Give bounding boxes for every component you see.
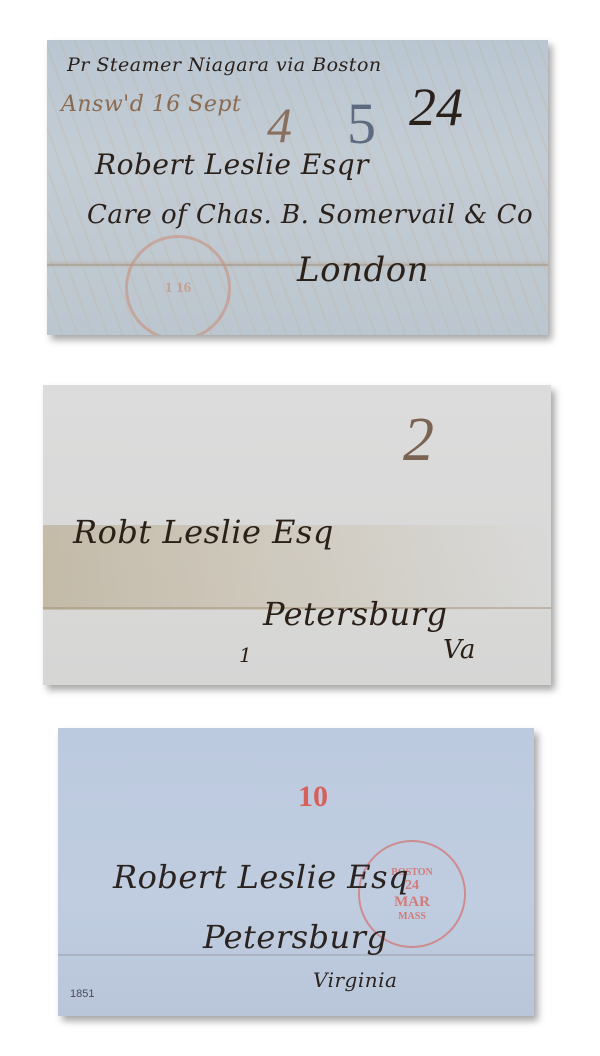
letter-cover-3: 10 BOSTON 24 MAR MASS Robert Leslie Esq … — [58, 728, 534, 1016]
state-line: Va — [443, 635, 476, 665]
city-line: London — [297, 250, 429, 290]
city-line: Petersburg — [203, 918, 387, 956]
addressee-line: Robert Leslie Esqr — [95, 148, 369, 181]
answer-note: Answ'd 16 Sept — [61, 92, 241, 117]
addressee-line: Robert Leslie Esq — [113, 858, 409, 896]
postmark-month: MAR — [394, 894, 430, 911]
red-rate-handstamp: 10 — [298, 780, 328, 814]
blue-rate-handstamp: 5 — [347, 90, 376, 157]
postmark-bottom: MASS — [398, 911, 426, 922]
letter-cover-2: 2 Robt Leslie Esq Petersburg Va 1 — [43, 385, 551, 685]
manuscript-rate: 2 — [403, 405, 434, 476]
tick-mark: 1 — [239, 643, 252, 667]
manuscript-rate: 24 — [409, 76, 463, 138]
letter-cover-1: 1 16 Pr Steamer Niagara via Boston Answ'… — [47, 40, 548, 335]
care-of-line: Care of Chas. B. Somervail & Co — [87, 200, 533, 230]
postmark-date: 1 16 — [165, 280, 191, 297]
addressee-line: Robt Leslie Esq — [73, 513, 334, 551]
routing-line: Pr Steamer Niagara via Boston — [67, 54, 382, 76]
pencil-year-note: 1851 — [70, 988, 94, 1000]
state-line: Virginia — [313, 968, 397, 992]
city-line: Petersburg — [263, 595, 447, 633]
crossed-rate-marking: 4 — [267, 96, 292, 154]
postmark: 1 16 — [125, 235, 231, 335]
